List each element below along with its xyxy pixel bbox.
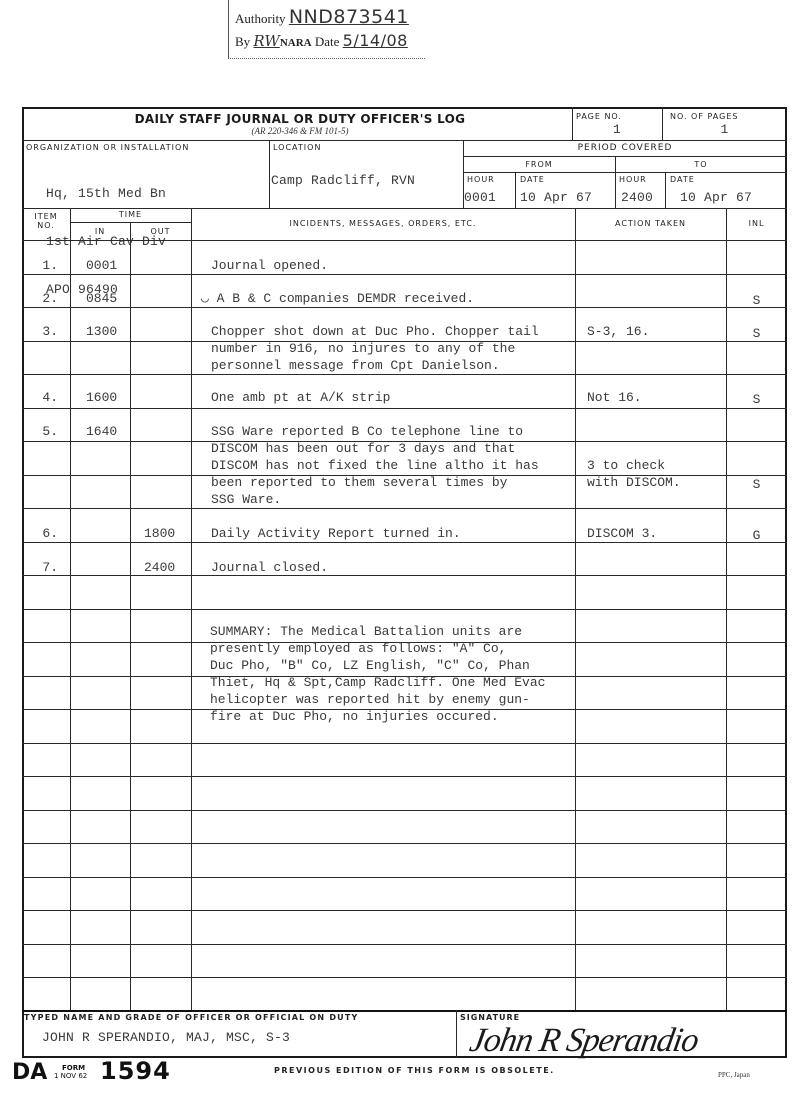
form-subtitle: (AR 220-346 & FM 101-5) [130, 126, 470, 136]
column-header-out: OUT [130, 227, 191, 236]
organization-line: Hq, 15th Med Bn [46, 186, 166, 202]
page-no-value: 1 [572, 122, 662, 137]
column-header-item-no: ITEM NO. [22, 212, 70, 230]
authority-value: NND873541 [289, 6, 409, 28]
to-date-label: DATE [670, 175, 695, 184]
location-value: Camp Radcliff, RVN [271, 173, 415, 188]
action-taken: DISCOM 3. [587, 525, 657, 542]
item-number: 4. [22, 389, 58, 406]
incident-text: number in 916, no injures to any of the [211, 340, 515, 357]
time-out: 2400 [144, 559, 175, 576]
column-header-inl: INL [726, 219, 787, 228]
item-number: 5. [22, 423, 58, 440]
journal-summary: SUMMARY: The Medical Battalion units are… [210, 623, 545, 725]
signature-label: SIGNATURE [460, 1013, 520, 1022]
by-initials: RW [253, 32, 279, 50]
incident-text: SSG Ware. [211, 491, 281, 508]
action-taken: with DISCOM. [587, 474, 681, 491]
from-hour-label: HOUR [467, 175, 495, 184]
incident-text: One amb pt at A/K strip [211, 389, 390, 406]
to-hour-label: HOUR [619, 175, 647, 184]
to-date-value: 10 Apr 67 [680, 190, 752, 205]
incident-text: Journal opened. [211, 257, 328, 274]
from-date-value: 10 Apr 67 [520, 190, 592, 205]
no-of-pages-value: 1 [662, 122, 787, 137]
time-in: 1600 [86, 389, 117, 406]
item-number: 3. [22, 323, 58, 340]
initials: S [726, 476, 787, 493]
form-prefix: DA [12, 1060, 47, 1085]
organization-label: ORGANIZATION OR INSTALLATION [26, 143, 189, 152]
action-taken: 3 to check [587, 457, 665, 474]
column-header-time: TIME [70, 210, 191, 219]
initials: S [726, 325, 787, 342]
form-edition: FORM 1 NOV 62 [54, 1064, 87, 1080]
incident-text: DISCOM has not fixed the line altho it h… [211, 457, 539, 474]
period-from-label: FROM [463, 160, 615, 169]
agency-label: NARA [280, 37, 312, 49]
initials: G [726, 527, 787, 544]
date-value: 5/14/08 [343, 31, 408, 50]
initials: S [726, 292, 787, 309]
item-number: 6. [22, 525, 58, 542]
incident-text: ◡ A B & C companies DEMDR received. [201, 290, 474, 307]
incident-text: Chopper shot down at Duc Pho. Chopper ta… [211, 323, 539, 340]
declassification-stamp: Authority NND873541 By RWNARA Date 5/14/… [228, 0, 425, 59]
column-header-incidents: INCIDENTS, MESSAGES, ORDERS, ETC. [191, 219, 575, 228]
by-label: By [235, 34, 250, 49]
item-number: 2. [22, 290, 58, 307]
date-label: Date [315, 34, 340, 49]
initials: S [726, 391, 787, 408]
action-taken: S-3, 16. [587, 323, 649, 340]
location-label: LOCATION [273, 143, 321, 152]
incident-text: personnel message from Cpt Danielson. [211, 357, 500, 374]
time-in: 1640 [86, 423, 117, 440]
action-taken: Not 16. [587, 389, 642, 406]
from-date-label: DATE [520, 175, 545, 184]
column-header-action-taken: ACTION TAKEN [575, 219, 726, 228]
printer-mark: PPC, Japan [718, 1071, 750, 1079]
organization-line: 1st Air Cav Div [46, 234, 166, 250]
incident-text: been reported to them several times by [211, 474, 507, 491]
to-hour-value: 2400 [621, 190, 653, 205]
item-number: 1. [22, 257, 58, 274]
time-in: 0845 [86, 290, 117, 307]
time-in: 1300 [86, 323, 117, 340]
officer-label: TYPED NAME AND GRADE OF OFFICER OR OFFIC… [24, 1013, 359, 1022]
obsolete-notice: PREVIOUS EDITION OF THIS FORM IS OBSOLET… [274, 1066, 555, 1075]
time-out: 1800 [144, 525, 175, 542]
incident-text: DISCOM has been out for 3 days and that [211, 440, 515, 457]
column-header-in: IN [70, 227, 130, 236]
form-number: 1594 [100, 1057, 171, 1085]
officer-value: JOHN R SPERANDIO, MAJ, MSC, S-3 [42, 1030, 290, 1045]
item-number: 7. [22, 559, 58, 576]
period-covered-label: PERIOD COVERED [463, 143, 787, 153]
authority-label: Authority [235, 11, 286, 26]
incident-text: Journal closed. [211, 559, 328, 576]
incident-text: Daily Activity Report turned in. [211, 525, 461, 542]
form-title: DAILY STAFF JOURNAL OR DUTY OFFICER'S LO… [130, 112, 470, 126]
signature-value: John R Sperandio [467, 1022, 701, 1060]
page-no-label: PAGE NO. [576, 112, 622, 121]
from-hour-value: 0001 [464, 190, 496, 205]
time-in: 0001 [86, 257, 117, 274]
no-of-pages-label: NO. OF PAGES [670, 112, 738, 121]
period-to-label: TO [615, 160, 787, 169]
incident-text: SSG Ware reported B Co telephone line to [211, 423, 523, 440]
